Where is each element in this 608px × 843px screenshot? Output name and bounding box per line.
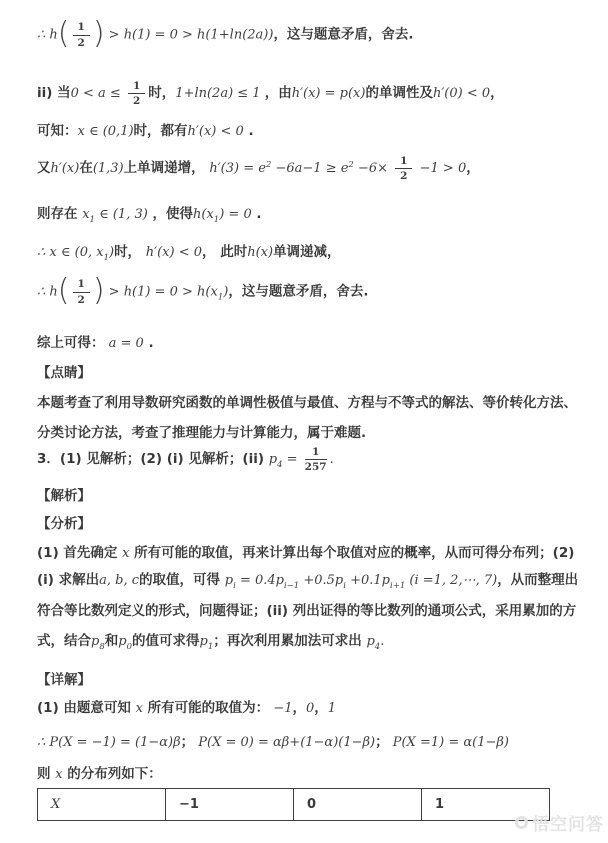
text-run: ； [375,734,389,750]
text-run: 可知： [37,123,78,139]
math-run: = [282,452,301,467]
math-run: (1,3) [93,161,124,176]
solution-line-3: 可知：x ∈ (0,1)时，都有h′(x) < 0 . [37,122,590,141]
math-run: p [200,634,208,649]
solution-line-2: ii) 当0 < a ≤ 12时，1+ln(2a) ≤ 1 ，由h′(x) = … [37,80,590,107]
math-run: h(x [193,207,214,222]
fraction: 12 [395,155,412,182]
text-run: 综上可得： [37,335,105,351]
watermark-text: 悟空问答 [532,810,604,835]
math-run: ) = 0 [219,207,252,222]
text-run: ，由 [265,85,292,101]
detail-values-line: (1) 由题意可知 x 所有可能的取值为： −1，0，1 [37,699,590,718]
text-run: 单调递减， [273,244,341,260]
text-run: ， [466,160,480,176]
math-run: = 0.4p [236,573,284,588]
text-run: 的分布列如下： [63,766,162,782]
analysis-line-2: (i) 求解出a, b, c的取值，可得 pi = 0.4pi−1 +0.5pi… [37,571,590,592]
math-run: x [82,207,89,222]
text-run: ，这与题意矛盾，舍去. [273,27,413,43]
math-run: ∴ x ∈ (0, x [37,245,104,260]
text-run: 【分析】 [37,516,91,532]
text-run: ， 此时 [202,244,247,260]
text-run: ， [292,700,306,716]
math-run: p [225,573,233,588]
text-run: ， [490,85,504,101]
section-heading-dianjing: 【点睛】 [37,364,590,383]
analysis-line-3: 符合等比数列定义的形式，问题得证；(ii) 列出证得的等比数列的通项公式，采用累… [37,602,590,621]
text-run: ，使得 [148,206,193,222]
math-run: ∴ h [37,28,58,43]
math-run: h′(3) = e [209,161,266,176]
big-paren: ) [93,273,105,308]
text-run: . [244,123,254,139]
big-paren: ) [93,16,105,51]
solution-line-6: ∴ x ∈ (0, x1)时， h′(x) < 0， 此时h(x)单调递减， [37,243,590,264]
math-run: h′(x) < 0 [188,124,244,139]
math-run: p [269,452,277,467]
text-run: ， [314,700,328,716]
text-run: 【详解】 [37,672,91,688]
math-run: (i =1, 2,⋯, 7) [405,573,497,588]
solution-line-10: 本题考查了利用导数研究函数的单调性极值与最值、方程与不等式的解法、等价转化方法、 [37,394,590,413]
math-run: x [55,767,62,782]
analysis-line-4: 式，结合p8和p0的值可求得p1；再次利用累加法可求出 p4. [37,632,590,653]
math-run: a = 0 [105,336,144,351]
math-run: −6a−1 ≥ e [271,161,348,176]
text-run: ，从而整理出 [497,572,578,588]
text-run: (i) 求解出 [37,572,99,588]
math-run: h(x) [247,245,273,260]
math-run: 0 < a ≤ [71,86,125,101]
distribution-intro-line: 则 x 的分布列如下： [37,765,590,784]
table-cell: 0 [294,789,422,820]
text-run: 的值可求得 [132,633,200,649]
text-run: 时， [148,85,175,101]
solution-line-4: 又h′(x)在(1,3)上单调递增， h′(3) = e2 −6a−1 ≥ e2… [37,155,590,182]
text-run: ，这与题意矛盾，舍去. [228,284,368,300]
fraction-denominator: 2 [128,94,145,107]
text-run: ii) 当 [37,85,71,101]
probability-equations-line: ∴ P(X = −1) = (1−α)β； P(X = 0) = αβ+(1−α… [37,733,590,752]
text-run: 【点睛】 [37,365,91,381]
fraction: 12 [73,21,90,48]
text-run: 在 [79,160,93,176]
solution-line-11: 分类讨论方法，考查了推理能力与计算能力，属于难题. [37,424,590,443]
solution-line-7: ∴ h(12) > h(1) = 0 > h(x1)，这与题意矛盾，舍去. [37,277,590,307]
math-run: −1 [269,701,292,716]
math-run: h′(x) [51,161,80,176]
math-run: ∴ P(X = −1) = (1−α)β [37,735,181,750]
text-run: 时，都有 [134,123,188,139]
math-run: . [380,634,384,649]
text-run: ； [181,734,195,750]
math-run: +0.5p [299,573,343,588]
text-run: 的单调性及 [365,85,433,101]
distribution-table: X−101 [37,788,550,821]
section-heading-xiangjie: 【详解】 [37,671,590,690]
text-run: 的取值，可得 [139,572,225,588]
math-run: a, b, c [99,573,139,588]
fraction-denominator: 2 [395,169,412,182]
section-heading-fenxi: 【分析】 [37,515,590,534]
text-run: . [252,206,262,222]
fraction-numerator: 1 [128,80,145,94]
text-run: 【解析】 [37,488,91,504]
math-run: p [118,634,126,649]
text-run: 上单调递增， [124,160,210,176]
big-paren: ( [58,273,70,308]
distribution-table-row: X−101 [38,789,549,820]
math-run: . [330,452,334,467]
section-heading-jiexi: 【解析】 [37,487,590,506]
math-run: h′(x) < 0 [146,245,202,260]
document-page: ∴ h(12) > h(1) = 0 > h(1+ln(2a))，这与题意矛盾，… [0,0,608,843]
watermark-logo-icon [515,816,528,829]
fraction: 1257 [305,446,327,473]
text-run: (1) 首先确定 [37,545,122,561]
problem-3-answer-line: 3．(1) 见解析；(2) (i) 见解析；(ii) p4 = 1257. [37,446,590,473]
math-run: −6× [354,161,392,176]
math-run: > h(1) = 0 > h(x [105,285,218,300]
fraction-denominator: 2 [73,293,90,306]
text-run: 则存在 [37,206,82,222]
text-run: 则 [37,766,55,782]
fraction: 12 [73,278,90,305]
math-run: x [136,701,143,716]
text-run: 式，结合 [37,633,91,649]
math-run: P(X = 0) = αβ+(1−α)(1−β) [194,735,375,750]
big-paren: ( [58,16,70,51]
fraction-numerator: 1 [395,155,412,169]
fraction-numerator: 1 [305,446,327,460]
math-run: ∴ h [37,285,58,300]
math-run: +0.1p [346,573,390,588]
math-run: −1 > 0 [415,161,466,176]
table-cell: −1 [166,789,294,820]
text-run: (1) 由题意可知 [37,700,136,716]
watermark: 悟空问答 [515,810,604,835]
fraction-denominator: 2 [73,36,90,49]
text-run: 本题考查了利用导数研究函数的单调性极值与最值、方程与不等式的解法、等价转化方法、 [37,395,577,411]
text-run: 又 [37,160,51,176]
text-run: 分类讨论方法，考查了推理能力与计算能力，属于难题. [37,425,366,441]
text-run: 符合等比数列定义的形式，问题得证；(ii) 列出证得的等比数列的通项公式，采用累… [37,603,576,619]
solution-line-5: 则存在 x1 ∈ (1, 3) ，使得h(x1) = 0 . [37,205,590,226]
table-cell: X [38,789,166,820]
text-run: 和 [105,633,119,649]
math-run: h′(0) < 0 [433,86,490,101]
text-run: 所有可能的取值为： [143,700,269,716]
subscript: i+1 [390,581,405,591]
text-run: 时， [114,244,146,260]
text-run: 3．(1) 见解析；(2) (i) 见解析；(ii) [37,451,269,467]
subscript: i−1 [284,581,299,591]
text-run: . [144,335,154,351]
solution-line-1: ∴ h(12) > h(1) = 0 > h(1+ln(2a))，这与题意矛盾，… [37,20,590,50]
math-run: P(X =1) = α(1−β) [389,735,509,750]
solution-line-8: 综上可得： a = 0 . [37,334,590,353]
text-run: 所有可能的取值，再来计算出每个取值对应的概率，从而可得分布列；(2) [129,545,574,561]
fraction-denominator: 257 [305,460,327,473]
fraction: 12 [128,80,145,107]
math-run: > h(1) = 0 > h(1+ln(2a)) [105,28,274,43]
math-run: 1 [328,701,336,716]
math-run: ∈ (1, 3) [95,207,148,222]
fraction-numerator: 1 [73,21,90,35]
text-run: ；再次利用累加法可求出 [213,633,366,649]
math-run: 1+ln(2a) ≤ 1 [175,86,264,101]
analysis-line-1: (1) 首先确定 x 所有可能的取值，再来计算出每个取值对应的概率，从而可得分布… [37,544,590,563]
math-run: h′(x) = p(x) [292,86,366,101]
math-run: p [366,634,374,649]
math-run: x ∈ (0,1) [78,124,134,139]
fraction-numerator: 1 [73,278,90,292]
